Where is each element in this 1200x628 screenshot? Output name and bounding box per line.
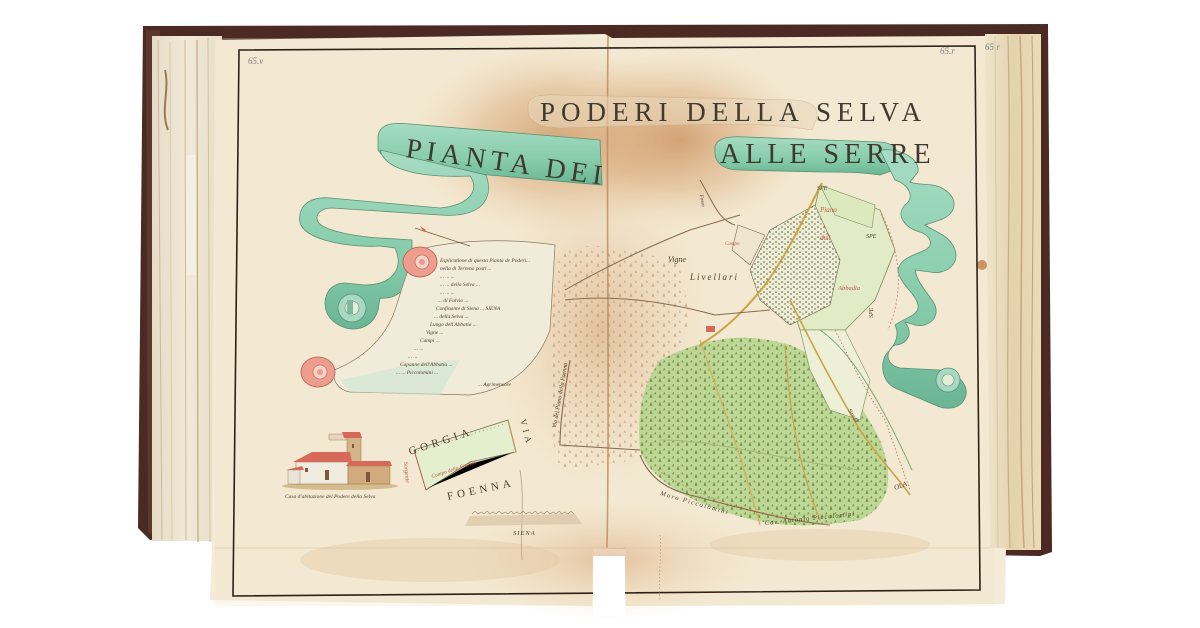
scroll-line: Esplicatione di questa Pianta de Poderi.… (439, 258, 530, 264)
scroll-line: nella di Terreno posti ... (440, 266, 492, 272)
folio-right: 65.r (940, 46, 955, 56)
title-upper: PODERI DELLA SELVA (540, 97, 927, 127)
label-siena: SIENA (513, 530, 536, 537)
scroll-line: Lungo dell'Abbatia ... (429, 322, 477, 328)
scroll-line: Campi ... (420, 338, 440, 344)
folio-pencil: 65 r (985, 42, 1000, 52)
ink-blot (977, 260, 987, 270)
title-right: ALLE SERRE (720, 139, 936, 170)
spe-marker-2: SPE (866, 234, 877, 240)
scroll-line: ... della Selva ... (434, 314, 469, 320)
map-canvas: 65.v 65.r 65 r (0, 0, 1200, 628)
scroll-line: ... ... (414, 346, 423, 352)
scroll-line: Vigne ... (426, 330, 444, 336)
scroll-line: ... ... Piccolomini ... (396, 370, 438, 376)
folio-left: 65.v (248, 56, 263, 66)
left-page-edges (152, 36, 222, 542)
atlas-photograph: 65.v 65.r 65 r (0, 0, 1200, 628)
scroll-line: ... ... ... (440, 290, 455, 296)
scroll-line: Confinante di Siena ... SIENA (436, 305, 501, 312)
label-piano: Piano (819, 206, 837, 214)
label-abbadia: Abbadia (837, 285, 860, 292)
cartouche-signature: ... Agrimensore (478, 382, 512, 388)
label-livellari: Livellari (689, 272, 739, 282)
spe-marker-3: SPE (869, 307, 875, 318)
label-campo: Campo (725, 242, 740, 247)
red-building (706, 326, 715, 332)
scroll-line: Capanne dell'Abbatia ... (400, 362, 453, 368)
label-vigne: Vigne (668, 255, 687, 264)
spe-marker-1: SPE (817, 186, 828, 192)
scroll-line: ... ... (408, 354, 417, 360)
scroll-line: ... ... ... (440, 274, 455, 280)
vignette-caption: Casa d'abitazione del Podere della Selva (285, 494, 376, 500)
label-dell: dell (820, 234, 831, 242)
scroll-line: ... di Fulvio ... (438, 298, 468, 304)
scroll-line: ... ... della Selva ... (440, 282, 480, 288)
